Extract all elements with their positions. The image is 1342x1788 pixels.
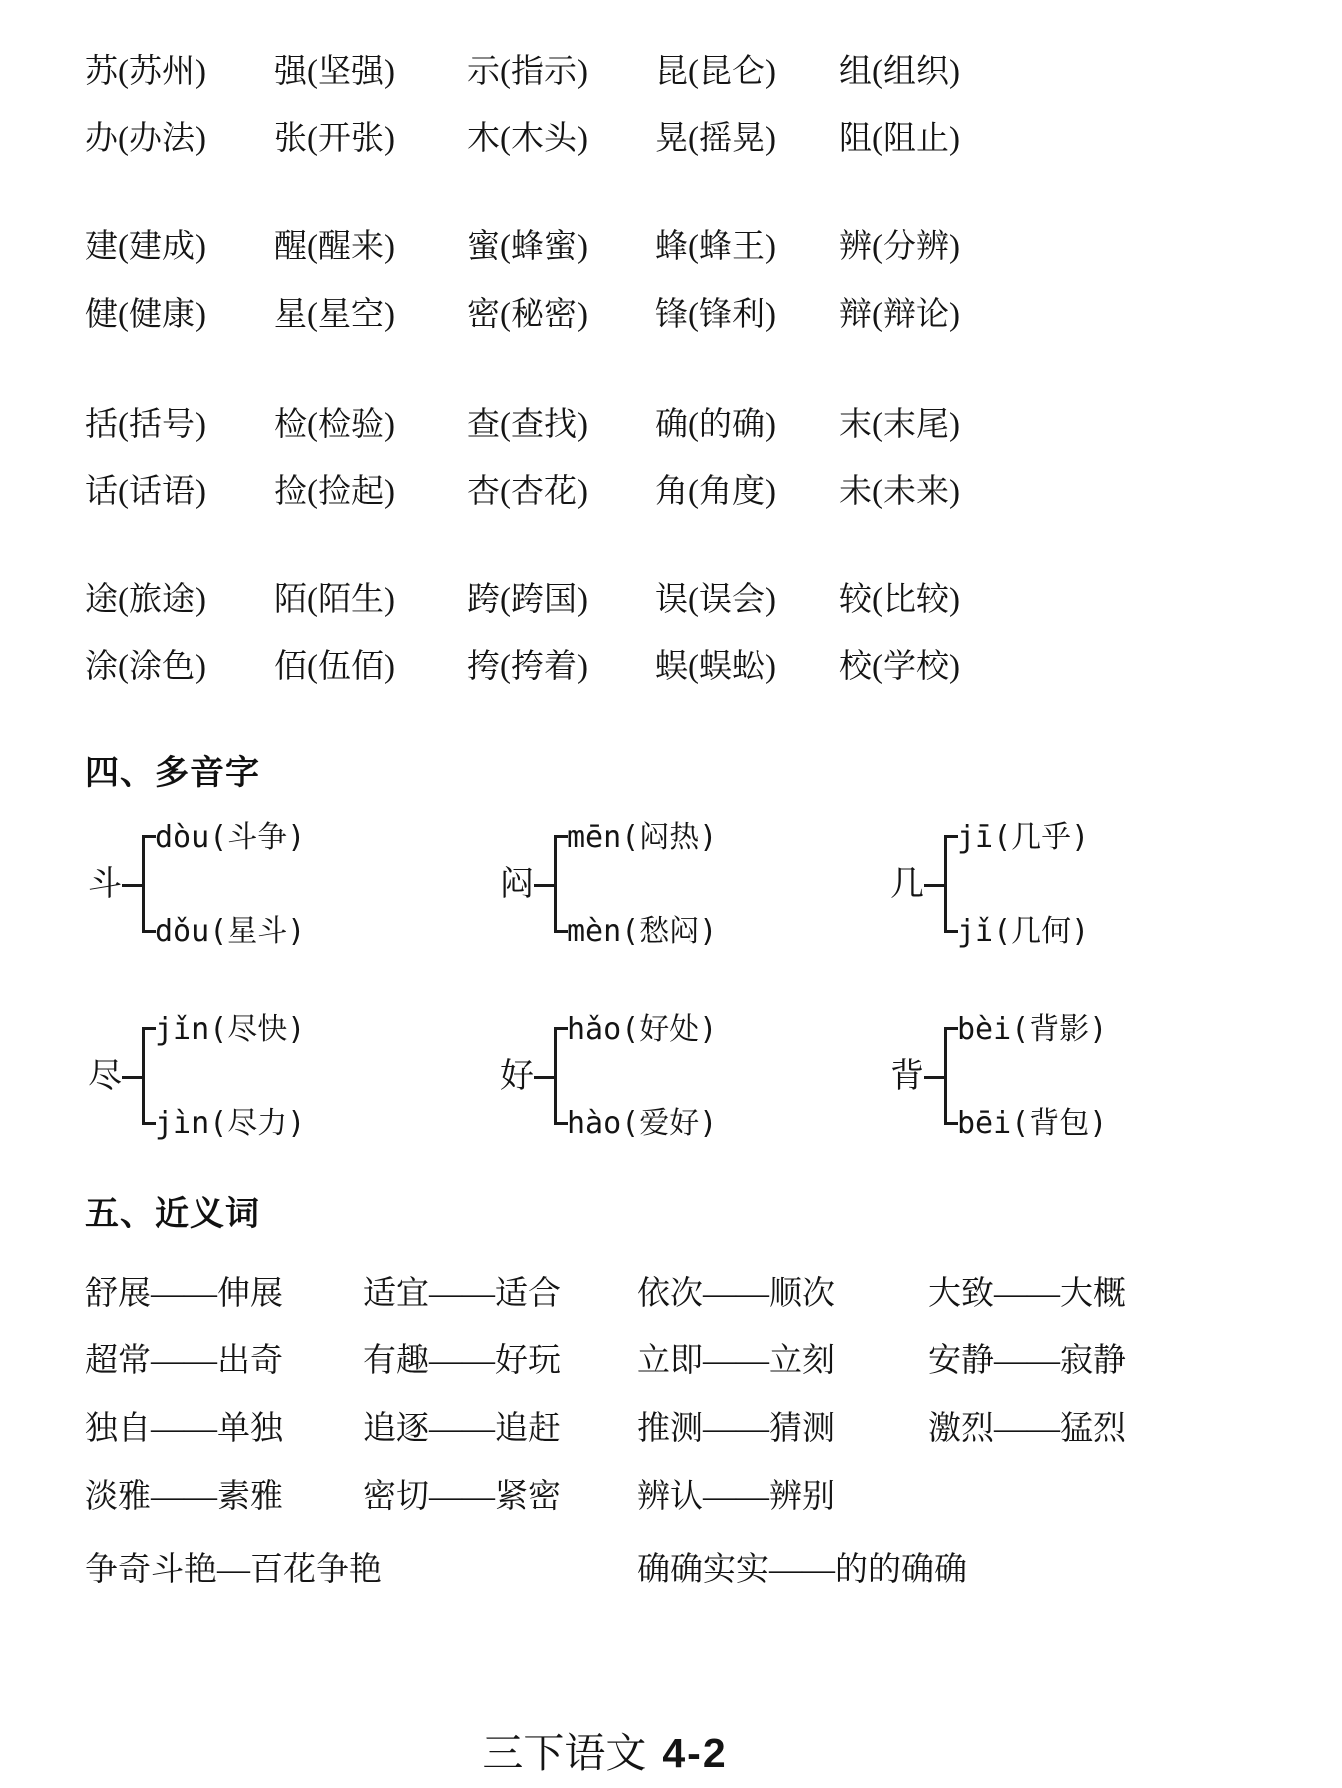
similar-chars-section: 苏(苏州) 强(坚强) 示(指示) 昆(昆仑) 组(组织) 办(办法) 张(开张… <box>85 55 1332 684</box>
char-pair: 杏(杏花) <box>467 475 655 509</box>
bracket-tick <box>122 884 142 887</box>
polyphone-base-char: 好 <box>500 1059 534 1095</box>
char-pair: 密(秘密) <box>467 298 655 332</box>
char-pair: 木(木头) <box>467 122 655 156</box>
char-pair: 捡(捡起) <box>274 475 467 509</box>
reading-top: jī(几乎) <box>957 820 1089 856</box>
synonyms-section: 舒展——伸展 适宜——适合 依次——顺次 大致——大概 超常——出奇 有趣——好… <box>85 1277 1332 1587</box>
synonym-row: 争奇斗艳—百花争艳 确确实实——的的确确 <box>85 1553 1332 1587</box>
polyphone-row: 斗 dòu(斗争) dǒu(星斗) 闷 mēn(闷热) mèn(愁闷) 几 <box>88 820 1332 950</box>
char-pair: 涂(涂色) <box>85 650 274 684</box>
synonym-pair: 争奇斗艳—百花争艳 <box>85 1553 363 1587</box>
synonym-pair: 大致——大概 <box>928 1277 1332 1311</box>
bracket-serif-top <box>556 835 568 838</box>
bracket-serif-bottom <box>144 930 156 933</box>
char-pair: 组(组织) <box>839 55 1332 89</box>
polyphone-readings: dòu(斗争) dǒu(星斗) <box>142 820 305 950</box>
polyphone-group: 背 bèi(背影) bēi(背包) <box>890 1012 1332 1142</box>
char-pair: 星(星空) <box>274 298 467 332</box>
char-pair: 末(末尾) <box>839 408 1332 442</box>
similar-char-row: 括(括号) 检(检验) 查(查找) 确(的确) 末(末尾) <box>85 408 1332 442</box>
synonym-pair: 推测——猜测 <box>637 1412 928 1446</box>
synonym-pair: 立即——立刻 <box>637 1344 928 1378</box>
polyphone-readings: jī(几乎) jǐ(几何) <box>944 820 1089 950</box>
reading-bottom: dǒu(星斗) <box>155 914 305 950</box>
synonym-pair: 淡雅——素雅 <box>85 1480 363 1514</box>
synonym-pair: 依次——顺次 <box>637 1277 928 1311</box>
reading-top: dòu(斗争) <box>155 820 305 856</box>
polyphone-readings: hǎo(好处) hào(爱好) <box>554 1012 717 1142</box>
char-pair: 辨(分辨) <box>839 230 1332 264</box>
synonym-pair: 超常——出奇 <box>85 1344 363 1378</box>
char-pair: 蜂(蜂王) <box>655 230 839 264</box>
bracket-serif-top <box>144 1027 156 1030</box>
reading-top: bèi(背影) <box>957 1012 1107 1048</box>
char-pair: 醒(醒来) <box>274 230 467 264</box>
char-pair: 检(检验) <box>274 408 467 442</box>
char-pair: 蜈(蜈蚣) <box>655 650 839 684</box>
synonym-pair: 激烈——猛烈 <box>928 1412 1332 1446</box>
synonym-pair: 确确实实——的的确确 <box>637 1553 1332 1587</box>
char-pair: 话(话语) <box>85 475 274 509</box>
synonym-pair: 独自——单独 <box>85 1412 363 1446</box>
reading-bottom: mèn(愁闷) <box>567 914 717 950</box>
reading-bottom: bēi(背包) <box>957 1106 1107 1142</box>
bracket-serif-top <box>556 1027 568 1030</box>
char-pair: 途(旅途) <box>85 583 274 617</box>
bracket-tick <box>924 884 944 887</box>
polyphone-row: 尽 jǐn(尽快) jìn(尽力) 好 hǎo(好处) hào(爱好) 背 <box>88 1012 1332 1142</box>
char-pair: 示(指示) <box>467 55 655 89</box>
char-pair: 健(健康) <box>85 298 274 332</box>
char-pair: 括(括号) <box>85 408 274 442</box>
char-pair: 较(比较) <box>839 583 1332 617</box>
bracket-serif-bottom <box>556 930 568 933</box>
synonym-pair: 追逐——追赶 <box>363 1412 637 1446</box>
polyphone-group: 闷 mēn(闷热) mèn(愁闷) <box>500 820 890 950</box>
synonym-pair: 有趣——好玩 <box>363 1344 637 1378</box>
similar-char-row: 涂(涂色) 佰(伍佰) 挎(挎着) 蜈(蜈蚣) 校(学校) <box>85 650 1332 684</box>
page-footer: 三下语文4-2 <box>0 1730 1276 1776</box>
polyphone-base-char: 尽 <box>88 1059 122 1095</box>
polyphone-base-char: 闷 <box>500 867 534 903</box>
char-pair: 确(的确) <box>655 408 839 442</box>
bracket-tick <box>534 884 554 887</box>
polyphone-base-char: 背 <box>890 1059 924 1095</box>
polyphone-group: 尽 jǐn(尽快) jìn(尽力) <box>88 1012 500 1142</box>
char-pair: 蜜(蜂蜜) <box>467 230 655 264</box>
char-pair: 强(坚强) <box>274 55 467 89</box>
similar-char-row: 苏(苏州) 强(坚强) 示(指示) 昆(昆仑) 组(组织) <box>85 55 1332 89</box>
reading-bottom: jìn(尽力) <box>155 1106 305 1142</box>
char-pair: 跨(跨国) <box>467 583 655 617</box>
footer-page-number: 4-2 <box>662 1730 727 1776</box>
bracket-tick <box>534 1076 554 1079</box>
polyphone-readings: jǐn(尽快) jìn(尽力) <box>142 1012 305 1142</box>
bracket-tick <box>924 1076 944 1079</box>
synonym-pair: 适宜——适合 <box>363 1277 637 1311</box>
char-pair: 角(角度) <box>655 475 839 509</box>
synonym-row: 舒展——伸展 适宜——适合 依次——顺次 大致——大概 <box>85 1277 1332 1311</box>
section-heading-polyphones: 四、多音字 <box>85 755 260 791</box>
char-pair: 锋(锋利) <box>655 298 839 332</box>
polyphone-group: 几 jī(几乎) jǐ(几何) <box>890 820 1332 950</box>
char-pair: 挎(挎着) <box>467 650 655 684</box>
similar-char-row: 建(建成) 醒(醒来) 蜜(蜂蜜) 蜂(蜂王) 辨(分辨) <box>85 230 1332 264</box>
bracket-serif-top <box>946 1027 958 1030</box>
polyphone-group: 好 hǎo(好处) hào(爱好) <box>500 1012 890 1142</box>
polyphone-readings: bèi(背影) bēi(背包) <box>944 1012 1107 1142</box>
similar-char-row: 话(话语) 捡(捡起) 杏(杏花) 角(角度) 未(未来) <box>85 475 1332 509</box>
synonym-pair: 安静——寂静 <box>928 1344 1332 1378</box>
section-heading-synonyms: 五、近义词 <box>85 1196 260 1232</box>
synonym-pair: 辨认——辨别 <box>637 1480 928 1514</box>
synonym-row: 独自——单独 追逐——追赶 推测——猜测 激烈——猛烈 <box>85 1412 1332 1446</box>
char-pair: 佰(伍佰) <box>274 650 467 684</box>
similar-char-row: 途(旅途) 陌(陌生) 跨(跨国) 误(误会) 较(比较) <box>85 583 1332 617</box>
char-pair: 建(建成) <box>85 230 274 264</box>
bracket-serif-bottom <box>144 1122 156 1125</box>
reading-top: hǎo(好处) <box>567 1012 717 1048</box>
reading-bottom: hào(爱好) <box>567 1106 717 1142</box>
bracket-serif-bottom <box>946 1122 958 1125</box>
polyphone-group: 斗 dòu(斗争) dǒu(星斗) <box>88 820 500 950</box>
char-pair: 校(学校) <box>839 650 1332 684</box>
bracket-tick <box>122 1076 142 1079</box>
reading-bottom: jǐ(几何) <box>957 914 1089 950</box>
reading-top: mēn(闷热) <box>567 820 717 856</box>
similar-char-row: 办(办法) 张(开张) 木(木头) 晃(摇晃) 阻(阻止) <box>85 122 1332 156</box>
polyphone-readings: mēn(闷热) mèn(愁闷) <box>554 820 717 950</box>
bracket-serif-top <box>946 835 958 838</box>
synonym-pair: 舒展——伸展 <box>85 1277 363 1311</box>
char-pair: 辩(辩论) <box>839 298 1332 332</box>
footer-title: 三下语文 <box>482 1730 646 1776</box>
char-pair: 查(查找) <box>467 408 655 442</box>
synonym-pair: 密切——紧密 <box>363 1480 637 1514</box>
char-pair: 昆(昆仑) <box>655 55 839 89</box>
similar-char-row: 健(健康) 星(星空) 密(秘密) 锋(锋利) 辩(辩论) <box>85 298 1332 332</box>
bracket-serif-bottom <box>946 930 958 933</box>
bracket-serif-top <box>144 835 156 838</box>
char-pair: 阻(阻止) <box>839 122 1332 156</box>
polyphone-base-char: 几 <box>890 867 924 903</box>
char-pair: 陌(陌生) <box>274 583 467 617</box>
synonym-row: 超常——出奇 有趣——好玩 立即——立刻 安静——寂静 <box>85 1344 1332 1378</box>
char-pair: 误(误会) <box>655 583 839 617</box>
char-pair: 办(办法) <box>85 122 274 156</box>
char-pair: 未(未来) <box>839 475 1332 509</box>
polyphone-base-char: 斗 <box>88 867 122 903</box>
worksheet-page: 苏(苏州) 强(坚强) 示(指示) 昆(昆仑) 组(组织) 办(办法) 张(开张… <box>0 0 1342 1788</box>
char-pair: 张(开张) <box>274 122 467 156</box>
synonym-row: 淡雅——素雅 密切——紧密 辨认——辨别 <box>85 1480 1332 1514</box>
char-pair: 苏(苏州) <box>85 55 274 89</box>
char-pair: 晃(摇晃) <box>655 122 839 156</box>
bracket-serif-bottom <box>556 1122 568 1125</box>
reading-top: jǐn(尽快) <box>155 1012 305 1048</box>
